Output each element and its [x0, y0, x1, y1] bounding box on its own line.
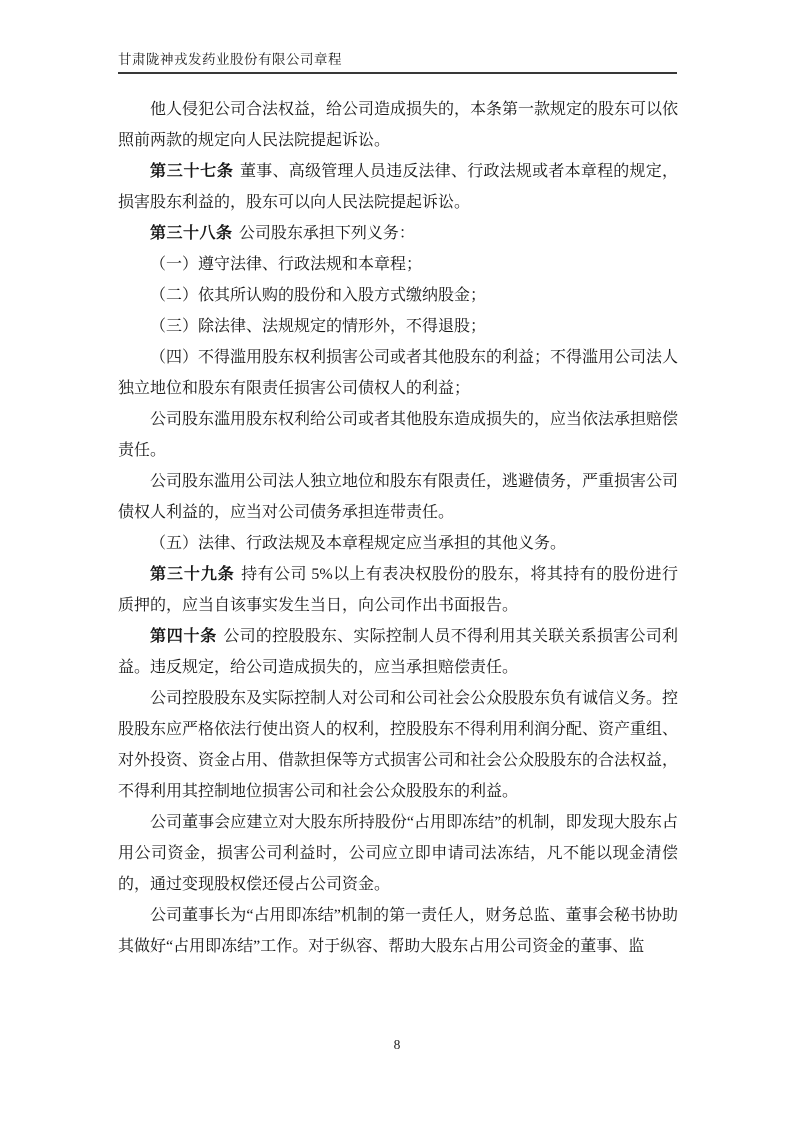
article-number: 第三十七条 — [150, 163, 234, 180]
document-body: 他人侵犯公司合法权益，给公司造成损失的，本条第一款规定的股东可以依照前两款的规定… — [118, 94, 678, 962]
paragraph-text: 公司董事会应建立对大股东所持股份“占用即冻结”的机制，即发现大股东占用公司资金，… — [118, 814, 678, 893]
paragraph-text: （四）不得滥用股东权利损害公司或者其他股东的利益；不得滥用公司法人独立地位和股东… — [118, 349, 678, 397]
document-page: 甘肃陇神戎发药业股份有限公司章程 他人侵犯公司合法权益，给公司造成损失的，本条第… — [0, 0, 794, 1122]
article-number: 第三十八条 — [150, 225, 233, 242]
paragraph: （二）依其所认购的股份和入股方式缴纳股金； — [118, 280, 678, 311]
page-header: 甘肃陇神戎发药业股份有限公司章程 — [118, 48, 677, 74]
paragraph: 第三十九条持有公司 5%以上有表决权股份的股东，将其持有的股份进行质押的，应当自… — [118, 559, 678, 621]
paragraph-text: （三）除法律、法规规定的情形外，不得退股； — [150, 318, 486, 335]
paragraph: （一）遵守法律、行政法规和本章程； — [118, 249, 678, 280]
paragraph: （四）不得滥用股东权利损害公司或者其他股东的利益；不得滥用公司法人独立地位和股东… — [118, 342, 678, 404]
paragraph-text: （一）遵守法律、行政法规和本章程； — [150, 256, 422, 273]
paragraph: （五）法律、行政法规及本章程规定应当承担的其他义务。 — [118, 528, 678, 559]
paragraph: 公司董事会应建立对大股东所持股份“占用即冻结”的机制，即发现大股东占用公司资金，… — [118, 807, 678, 900]
paragraph-text: 他人侵犯公司合法权益，给公司造成损失的，本条第一款规定的股东可以依照前两款的规定… — [118, 101, 678, 149]
paragraph: 公司股东滥用股东权利给公司或者其他股东造成损失的，应当依法承担赔偿责任。 — [118, 404, 678, 466]
paragraph-text: 公司控股股东及实际控制人对公司和公司社会公众股股东负有诚信义务。控股股东应严格依… — [118, 690, 678, 800]
paragraph: （三）除法律、法规规定的情形外，不得退股； — [118, 311, 678, 342]
article-number: 第四十条 — [150, 628, 217, 645]
paragraph: 公司董事长为“占用即冻结”机制的第一责任人，财务总监、董事会秘书协助其做好“占用… — [118, 900, 678, 962]
paragraph-text: 公司股东承担下列义务： — [239, 225, 415, 242]
paragraph: 公司控股股东及实际控制人对公司和公司社会公众股股东负有诚信义务。控股股东应严格依… — [118, 683, 678, 807]
paragraph-text: 公司董事长为“占用即冻结”机制的第一责任人，财务总监、董事会秘书协助其做好“占用… — [118, 907, 678, 955]
page-footer: 8 — [0, 1036, 794, 1054]
paragraph: 公司股东滥用公司法人独立地位和股东有限责任，逃避债务，严重损害公司债权人利益的，… — [118, 466, 678, 528]
article-number: 第三十九条 — [150, 566, 235, 583]
paragraph-text: （二）依其所认购的股份和入股方式缴纳股金； — [150, 287, 486, 304]
paragraph-text: 公司股东滥用股东权利给公司或者其他股东造成损失的，应当依法承担赔偿责任。 — [118, 411, 678, 459]
paragraph: 第四十条公司的控股股东、实际控制人员不得利用其关联关系损害公司利益。违反规定，给… — [118, 621, 678, 683]
page-number: 8 — [394, 1037, 401, 1052]
paragraph: 第三十八条公司股东承担下列义务： — [118, 218, 678, 249]
paragraph: 第三十七条董事、高级管理人员违反法律、行政法规或者本章程的规定，损害股东利益的，… — [118, 156, 678, 218]
paragraph: 他人侵犯公司合法权益，给公司造成损失的，本条第一款规定的股东可以依照前两款的规定… — [118, 94, 678, 156]
header-title: 甘肃陇神戎发药业股份有限公司章程 — [118, 52, 342, 67]
paragraph-text: （五）法律、行政法规及本章程规定应当承担的其他义务。 — [150, 535, 566, 552]
paragraph-text: 公司股东滥用公司法人独立地位和股东有限责任，逃避债务，严重损害公司债权人利益的，… — [118, 473, 678, 521]
